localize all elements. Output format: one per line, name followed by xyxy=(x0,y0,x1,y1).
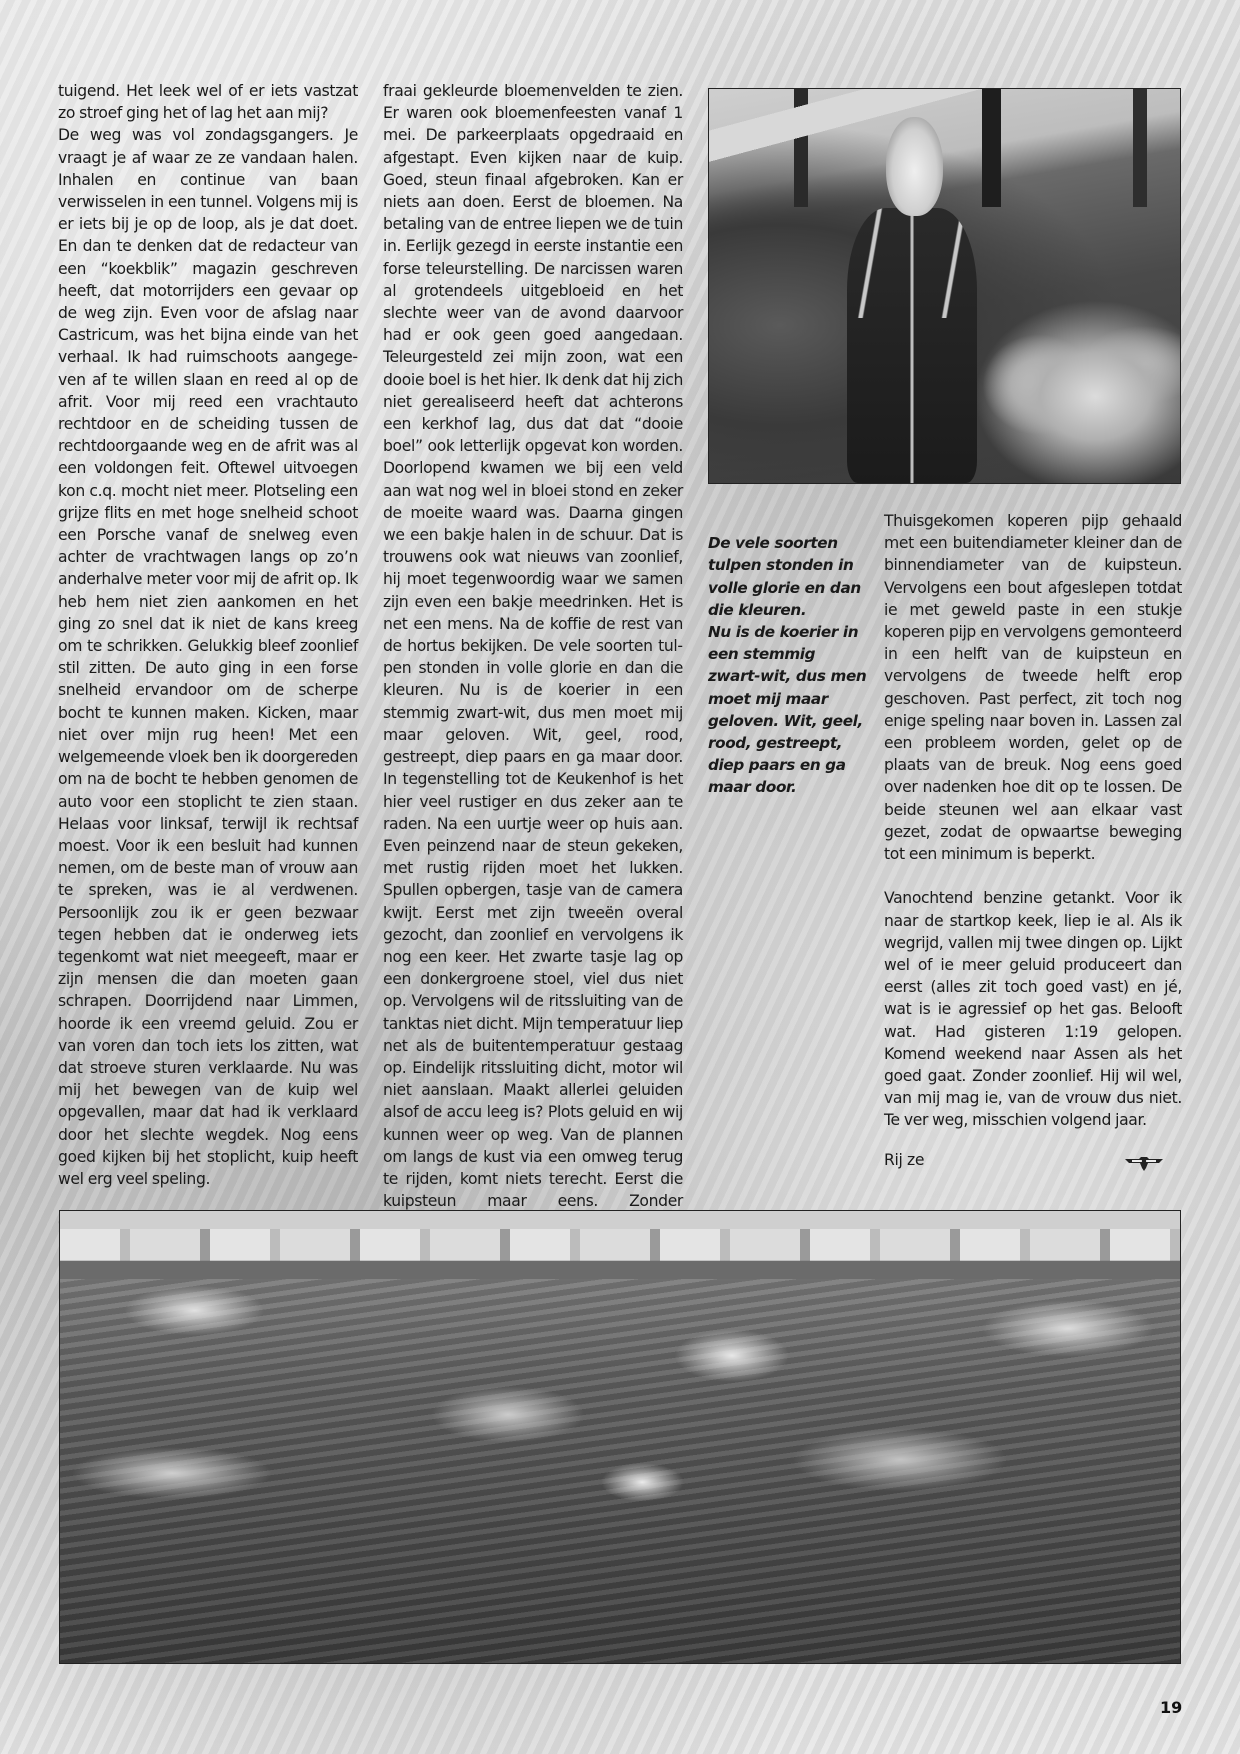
paragraph: fraai gekleurde bloemenvelden te zien. E… xyxy=(383,80,683,1257)
paragraph: De weg was vol zondagsgangers. Je vraagt… xyxy=(58,124,358,1190)
tulip-fields-with-houses-photo xyxy=(59,1210,1181,1664)
photo-caption: De vele soorten tul­pen stonden in volle… xyxy=(708,510,868,799)
face xyxy=(886,117,943,216)
boy-figure xyxy=(841,117,982,483)
author-signature: Rij ze xyxy=(884,1149,924,1171)
jacket xyxy=(847,208,977,483)
page-number: 19 xyxy=(1160,1698,1182,1717)
paragraph: Vanochtend benzine getankt. Voor ik naar… xyxy=(884,887,1182,1131)
winged-emblem-icon xyxy=(1124,1154,1164,1172)
article-column-2: fraai gekleurde bloemenvelden te zien. E… xyxy=(383,80,683,1257)
boy-in-tulip-garden-photo xyxy=(708,88,1181,484)
paragraph: Thuisgekomen koperen pijp gehaald met ee… xyxy=(884,510,1182,865)
caption-text: De vele soorten tul­pen stonden in volle… xyxy=(708,534,866,796)
article-column-1: tuigend. Het leek wel of er iets vastzat… xyxy=(58,80,358,1279)
paragraph: tuigend. Het leek wel of er iets vastzat… xyxy=(58,80,358,124)
article-column-3: Thuisgekomen koperen pijp gehaald met ee… xyxy=(884,510,1182,1132)
